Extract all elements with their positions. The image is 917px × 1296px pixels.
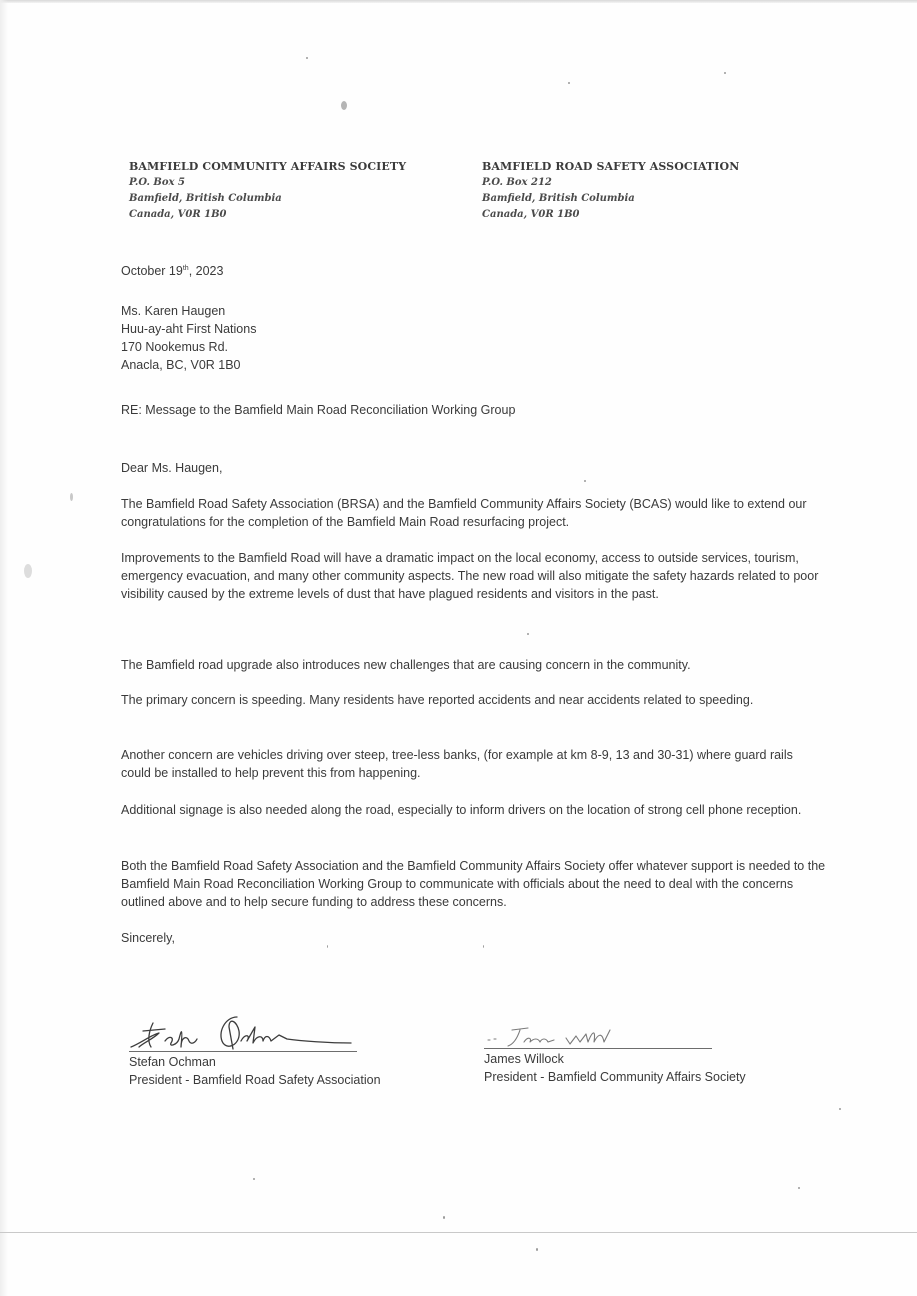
letterhead-bcas: BAMFIELD COMMUNITY AFFAIRS SOCIETY P.O. … (129, 158, 406, 223)
scan-top-edge (0, 0, 917, 3)
address-line: P.O. Box 5 (129, 175, 406, 191)
organization-name: BAMFIELD ROAD SAFETY ASSOCIATION (482, 158, 739, 175)
handwritten-signature-icon (129, 1013, 369, 1051)
address-line: P.O. Box 212 (482, 175, 739, 191)
scan-speck (839, 1108, 841, 1110)
scan-speck (70, 493, 73, 501)
date-day: October 19 (121, 264, 183, 278)
scan-speck (253, 1178, 255, 1180)
signer-title: President - Bamfield Community Affairs S… (484, 1068, 784, 1086)
scan-speck (341, 101, 347, 110)
scan-speck (568, 82, 570, 84)
scan-speck (443, 1216, 445, 1219)
scan-speck (584, 480, 586, 482)
scan-speck (527, 633, 529, 635)
address-line: Canada, V0R 1B0 (482, 207, 739, 223)
body-paragraph: Another concern are vehicles driving ove… (121, 746, 826, 782)
subject-line: RE: Message to the Bamfield Main Road Re… (121, 401, 515, 419)
recipient-name: Ms. Karen Haugen (121, 302, 256, 320)
address-line: Canada, V0R 1B0 (129, 207, 406, 223)
scan-speck (24, 564, 32, 578)
closing: Sincerely, (121, 929, 175, 947)
recipient-city: Anacla, BC, V0R 1B0 (121, 356, 256, 374)
recipient-organization: Huu-ay-aht First Nations (121, 320, 256, 338)
letter-date: October 19th, 2023 (121, 262, 223, 280)
scan-left-shadow (0, 0, 8, 1296)
body-paragraph: The primary concern is speeding. Many re… (121, 691, 826, 709)
body-paragraph: Improvements to the Bamfield Road will h… (121, 549, 826, 603)
signer-name: Stefan Ochman (129, 1053, 459, 1071)
signature-block-bcas: James Willock President - Bamfield Commu… (484, 1030, 784, 1086)
scan-speck (483, 945, 484, 948)
scan-speck (724, 72, 726, 74)
address-line: Bamfield, British Columbia (129, 191, 406, 207)
organization-name: BAMFIELD COMMUNITY AFFAIRS SOCIETY (129, 158, 406, 175)
scan-speck (306, 57, 308, 59)
signature-line (129, 1051, 357, 1052)
recipient-address: Ms. Karen Haugen Huu-ay-aht First Nation… (121, 302, 256, 374)
scan-speck (536, 1248, 538, 1251)
body-paragraph: The Bamfield road upgrade also introduce… (121, 656, 826, 674)
address-line: Bamfield, British Columbia (482, 191, 739, 207)
letterhead-brsa: BAMFIELD ROAD SAFETY ASSOCIATION P.O. Bo… (482, 158, 739, 223)
body-paragraph: The Bamfield Road Safety Association (BR… (121, 495, 826, 531)
recipient-street: 170 Nookemus Rd. (121, 338, 256, 356)
scanned-letter-page: BAMFIELD COMMUNITY AFFAIRS SOCIETY P.O. … (0, 0, 917, 1296)
signature-line (484, 1048, 712, 1049)
salutation: Dear Ms. Haugen, (121, 459, 222, 477)
signer-title: President - Bamfield Road Safety Associa… (129, 1071, 459, 1089)
signature-block-brsa: Stefan Ochman President - Bamfield Road … (129, 1013, 459, 1089)
date-year: , 2023 (189, 264, 224, 278)
signer-name: James Willock (484, 1050, 784, 1068)
body-paragraph: Additional signage is also needed along … (121, 801, 826, 819)
paper-fold-line (0, 1232, 917, 1233)
handwritten-signature-icon (484, 1026, 724, 1048)
scan-speck (798, 1187, 800, 1189)
body-paragraph: Both the Bamfield Road Safety Associatio… (121, 857, 826, 911)
scan-speck (327, 945, 328, 948)
